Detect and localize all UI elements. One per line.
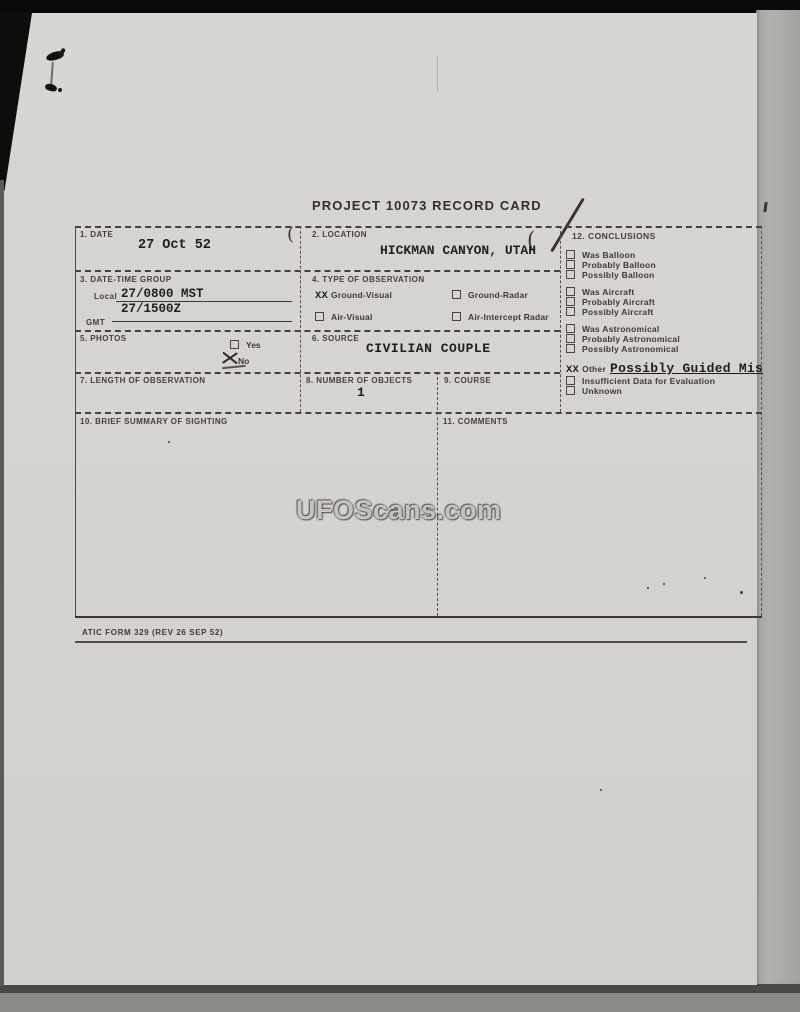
conclusion-item-label: Possibly Astronomical [582, 344, 679, 354]
conclusion-item-label: Probably Balloon [582, 260, 656, 270]
checkbox-icon [566, 324, 575, 333]
checkbox-icon [566, 376, 575, 385]
handwritten-x-mark-icon [224, 352, 236, 364]
card-border-left [75, 226, 76, 616]
observation-option: Air-Visual [315, 312, 452, 322]
photos-label: 5. PHOTOS [80, 334, 127, 343]
observation-option: XXGround-Visual [315, 290, 452, 302]
conclusion-item: Insufficient Data for Evaluation [566, 376, 771, 386]
summary-label: 10. BRIEF SUMMARY OF SIGHTING [80, 417, 228, 426]
card-divider-row1 [75, 270, 560, 272]
conclusion-item-label: Probably Aircraft [582, 297, 655, 307]
checkbox-icon [566, 287, 575, 296]
ink-speck [600, 789, 602, 791]
scan-margin-right [756, 10, 800, 990]
conclusions-list: Was BalloonProbably BalloonPossibly Ball… [566, 250, 771, 396]
conclusion-item: Was Aircraft [566, 287, 771, 297]
photos-yes-option: Yes [230, 340, 261, 350]
checkbox-icon [566, 334, 575, 343]
fold-mark [437, 56, 438, 92]
number-of-objects-value: 1 [357, 385, 365, 400]
checkbox-icon [566, 297, 575, 306]
ink-speck [740, 591, 743, 594]
checkbox-icon [566, 270, 575, 279]
scan-edge-left [0, 180, 4, 986]
observation-option-label: Air-Intercept Radar [468, 312, 549, 322]
ink-speck [663, 583, 665, 585]
checkbox-icon [566, 307, 575, 316]
checkbox-icon [230, 340, 239, 349]
ink-speck [704, 577, 706, 579]
photos-yes-label: Yes [246, 340, 261, 350]
checkbox-icon [566, 260, 575, 269]
observation-option-label: Air-Visual [331, 312, 373, 322]
conclusion-item-label: Possibly Aircraft [582, 307, 654, 317]
checkbox-icon: XX [315, 290, 328, 302]
gmt-underline [112, 321, 292, 322]
checkbox-icon [452, 290, 461, 299]
checkbox-icon [566, 386, 575, 395]
conclusion-item-label: Was Balloon [582, 250, 635, 260]
checkbox-icon: XX [566, 364, 579, 376]
card-divider-row3 [75, 372, 560, 374]
date-value: 27 Oct 52 [138, 238, 211, 253]
conclusion-item-label: Possibly Balloon [582, 270, 655, 280]
source-value: CIVILIAN COUPLE [366, 341, 491, 356]
checkbox-icon [566, 344, 575, 353]
checkbox-icon [315, 312, 324, 321]
course-label: 9. COURSE [444, 376, 491, 385]
card-border-top [75, 226, 762, 228]
local-value: 27/0800 MST [121, 287, 204, 301]
conclusion-item-label: Unknown [582, 386, 622, 396]
number-of-objects-label: 8. NUMBER OF OBJECTS [306, 376, 412, 385]
length-of-observation-label: 7. LENGTH OF OBSERVATION [80, 376, 205, 385]
card-border-bottom [75, 616, 762, 618]
conclusion-item: Probably Astronomical [566, 334, 771, 344]
type-of-observation-label: 4. TYPE OF OBSERVATION [312, 275, 425, 284]
checkbox-icon [452, 312, 461, 321]
observation-option-label: Ground-Visual [331, 290, 392, 300]
conclusion-item-label: Insufficient Data for Evaluation [582, 376, 715, 386]
conclusion-item: Possibly Astronomical [566, 344, 771, 354]
conclusion-typed-value: Possibly Guided Mis [610, 361, 763, 376]
conclusions-label: 12. CONCLUSIONS [572, 231, 656, 241]
gmt-value: 27/1500Z [121, 302, 181, 316]
conclusion-item: Possibly Balloon [566, 270, 771, 280]
scan-margin-bottom [0, 993, 800, 1012]
comments-label: 11. COMMENTS [443, 417, 508, 426]
conclusion-item-label: Other [582, 364, 606, 374]
observation-option-label: Ground-Radar [468, 290, 528, 300]
conclusion-item: Was Astronomical [566, 324, 771, 334]
conclusion-item: XXOtherPossibly Guided Mis [566, 361, 771, 376]
conclusion-item-label: Probably Astronomical [582, 334, 680, 344]
gmt-label: GMT [86, 318, 105, 327]
checkbox-icon [566, 250, 575, 259]
local-label: Local [94, 292, 117, 301]
card-divider-col2 [437, 372, 438, 616]
conclusion-item-label: Was Aircraft [582, 287, 634, 297]
date-label: 1. DATE [80, 230, 113, 239]
page-title: PROJECT 10073 RECORD CARD [312, 198, 542, 213]
location-label: 2. LOCATION [312, 230, 367, 239]
card-divider-row2 [75, 330, 560, 332]
ink-speck [168, 441, 170, 443]
paper-bottom-edge [0, 984, 800, 993]
conclusion-item: Probably Aircraft [566, 297, 771, 307]
scanned-document-page: PROJECT 10073 RECORD CARD ( ( 1. DATE 27… [0, 0, 800, 1012]
footer-rule [75, 641, 747, 643]
watermark: UFOScans.com [296, 495, 502, 526]
conclusion-item: Was Balloon [566, 250, 771, 260]
conclusion-item: Possibly Aircraft [566, 307, 771, 317]
conclusion-item: Probably Balloon [566, 260, 771, 270]
source-label: 6. SOURCE [312, 334, 359, 343]
card-divider-col1 [300, 226, 301, 412]
form-number: ATIC FORM 329 (REV 26 SEP 52) [82, 628, 223, 637]
conclusion-item-label: Was Astronomical [582, 324, 660, 334]
card-divider-row4 [75, 412, 762, 414]
ink-speck [58, 88, 62, 92]
conclusion-item: Unknown [566, 386, 771, 396]
ink-speck [647, 587, 649, 589]
location-value: HICKMAN CANYON, UTAH [380, 243, 536, 258]
date-time-group-label: 3. DATE-TIME GROUP [80, 275, 172, 284]
